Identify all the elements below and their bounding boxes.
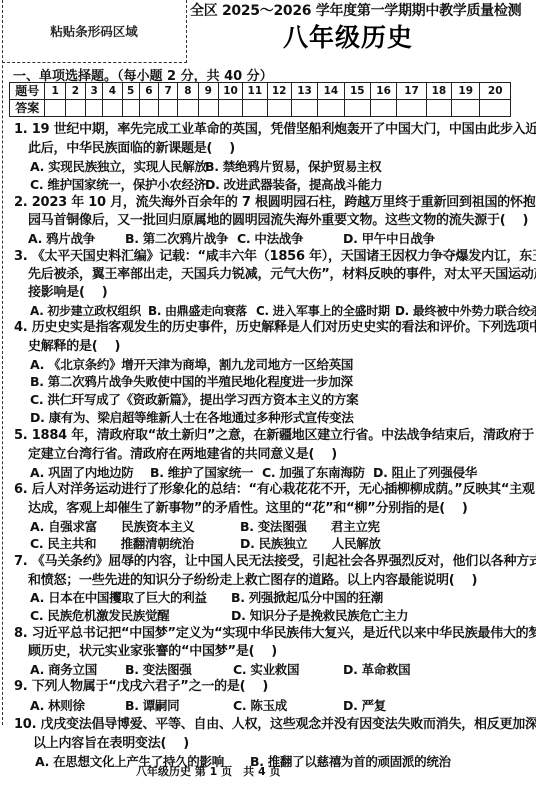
answer-cell[interactable]: [267, 100, 291, 117]
answer-table: 题号 1 2 3 4 5 6 7 8 9 10 11 12 13 14 15 1…: [9, 82, 511, 117]
question-8-option-d: D. 革命救国: [343, 660, 410, 680]
qnum-cell: 8: [178, 83, 198, 100]
answer-cell[interactable]: [243, 100, 267, 117]
qnum-cell: 12: [267, 83, 291, 100]
answer-cell[interactable]: [344, 100, 370, 117]
question-7-stem: 7. 《马关条约》屈辱的内容，让中国人民无法接受，引起社会各界强烈反对，他们以各…: [14, 552, 536, 572]
answer-cell[interactable]: [452, 100, 480, 117]
question-9-option-a: A. 林则徐: [30, 697, 85, 715]
barcode-area-label: 粘贴条形码区域: [50, 22, 138, 40]
question-10-option-a: A. 在思想文化上产生了持久的影响: [35, 753, 224, 771]
qnum-cell: 17: [397, 83, 426, 100]
answer-cell[interactable]: [86, 100, 103, 117]
qnum-cell: 10: [218, 83, 242, 100]
answer-cell[interactable]: [103, 100, 122, 117]
answer-cell[interactable]: [218, 100, 242, 117]
qnum-cell: 9: [198, 83, 218, 100]
qnum-cell: 2: [65, 83, 85, 100]
question-9-option-d: D. 严复: [343, 697, 386, 715]
qnum-cell: 11: [243, 83, 267, 100]
question-6-stem: 6. 后人对洋务运动进行了形象化的总结：“有心栽花花不开，无心插柳柳成荫。”反映…: [14, 480, 536, 500]
qnum-cell: 1: [45, 83, 65, 100]
subject-title: 八年级历史: [283, 18, 413, 54]
qnum-cell: 5: [122, 83, 139, 100]
answer-cell[interactable]: [139, 100, 158, 117]
qnum-cell: 15: [344, 83, 370, 100]
question-3-stem: 3. 《太平天国史料汇编》记载：“咸丰六年（1856 年），天国诸王因权力争夺爆…: [14, 247, 536, 267]
answer-cell[interactable]: [480, 100, 511, 117]
question-1-stem: 1. 19 世纪中期，率先完成工业革命的英国，凭借坚船利炮轰开了中国大门，中国由…: [14, 120, 536, 140]
exam-title: 全区 2025～2026 学年度第一学期期中教学质量检测: [190, 0, 521, 20]
question-8-option-a: A. 商务立国: [30, 660, 97, 680]
qnum-cell: 20: [480, 83, 511, 100]
row-label-number: 题号: [10, 83, 45, 100]
row-label-answer: 答案: [10, 100, 45, 117]
answer-cell[interactable]: [426, 100, 451, 117]
answer-cell[interactable]: [397, 100, 426, 117]
question-10-stem: 10. 戊戌变法倡导博爱、平等、自由、人权，这些观念并没有因变法失败而消失，相反…: [14, 716, 536, 734]
question-1-stem-cont: 此后，中华民族面临的新课题是( ): [28, 139, 235, 159]
question-9-stem: 9. 下列人物属于“戊戌六君子”之一的是( ): [14, 678, 268, 696]
question-2-stem: 2. 2023 年 10 月，流失海外百余年的 7 根圆明园石柱，跨越万里终于重…: [14, 193, 536, 213]
answer-cell[interactable]: [65, 100, 85, 117]
question-5-stem: 5. 1884 年，清政府取“故土新归”之意，在新疆地区建立行省。中法战争结束后…: [14, 426, 536, 446]
qnum-cell: 14: [318, 83, 344, 100]
answer-cell[interactable]: [178, 100, 198, 117]
answer-cell[interactable]: [122, 100, 139, 117]
answer-cell[interactable]: [291, 100, 317, 117]
qnum-cell: 6: [139, 83, 158, 100]
answer-cell[interactable]: [318, 100, 344, 117]
question-4-stem: 4. 历史史实是指客观发生的历史事件，历史解释是人们对历史史实的看法和评价。下列…: [14, 318, 536, 338]
qnum-cell: 4: [103, 83, 122, 100]
answer-cell[interactable]: [198, 100, 218, 117]
qnum-cell: 18: [426, 83, 451, 100]
answer-cell[interactable]: [159, 100, 178, 117]
answer-row: 答案: [10, 100, 511, 117]
question-number-row: 题号 1 2 3 4 5 6 7 8 9 10 11 12 13 14 15 1…: [10, 83, 511, 100]
question-8-stem: 8. 习近平总书记把“中国梦”定义为“实现中华民族伟大复兴，是近代以来中华民族最…: [14, 624, 536, 644]
qnum-cell: 7: [159, 83, 178, 100]
question-4-option-d: D. 康有为、梁启超等维新人士在各地通过多种形式宣传变法: [30, 408, 354, 428]
answer-cell[interactable]: [370, 100, 396, 117]
qnum-cell: 3: [86, 83, 103, 100]
question-10-option-b: B. 推翻了以慈禧为首的顽固派的统治: [250, 753, 451, 771]
qnum-cell: 13: [291, 83, 317, 100]
question-9-option-c: C. 陈玉成: [233, 697, 287, 715]
barcode-area: 粘贴条形码区域: [2, 0, 187, 63]
question-8-option-b: B. 变法图强: [125, 660, 192, 680]
question-10-stem-cont: 以上内容旨在表明变法( ): [33, 735, 189, 753]
qnum-cell: 16: [370, 83, 396, 100]
qnum-cell: 19: [452, 83, 480, 100]
question-9-option-b: B. 谭嗣同: [125, 697, 179, 715]
binding-dashed-line: [2, 0, 3, 725]
question-8-option-c: C. 实业救国: [233, 660, 299, 680]
exam-page: 粘贴条形码区域 全区 2025～2026 学年度第一学期期中教学质量检测 八年级…: [0, 0, 536, 785]
answer-cell[interactable]: [45, 100, 65, 117]
